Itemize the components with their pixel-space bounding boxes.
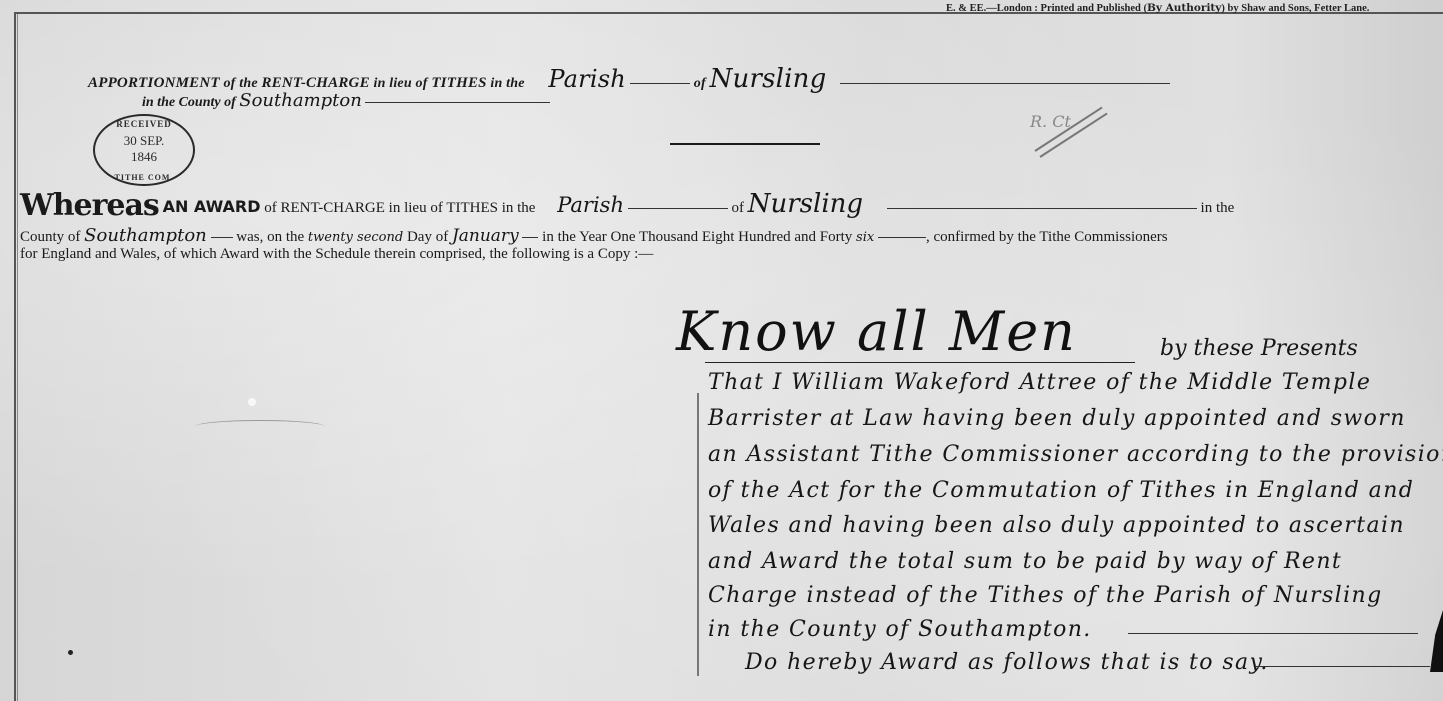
day-of-text: Day of: [403, 229, 452, 245]
whereas-place-blank: [887, 208, 1197, 209]
place-handwritten: Nursling: [710, 64, 827, 94]
whereas-county-blank: [211, 237, 233, 238]
of-the-text: of the: [220, 76, 262, 91]
by-authority-text: By Authority: [1147, 2, 1221, 14]
month-blank: [522, 237, 538, 238]
rent-charge-word: RENT-CHARGE: [261, 75, 369, 91]
county-heading: in the County of Southampton: [142, 90, 550, 111]
whereas-line-1: Whereas AN AWARD of RENT-CHARGE in lieu …: [20, 188, 1234, 223]
page-border-left-inner: [17, 14, 18, 701]
award-margin-rule: [697, 393, 699, 676]
county-handwritten: Southampton: [239, 90, 362, 111]
whereas-line-2: County of Southampton was, on the twenty…: [20, 225, 1168, 246]
whereas-of-text: of: [731, 200, 744, 216]
confirmed-text: , confirmed by the Tithe Commissioners: [926, 229, 1168, 245]
page-border-left: [14, 12, 16, 701]
paper-crease: [195, 420, 325, 433]
apportionment-word: APPORTIONMENT: [88, 75, 220, 91]
whereas-district-blank: [628, 208, 728, 209]
year-text: in the Year One Thousand Eight Hundred a…: [538, 229, 856, 245]
closing-line-end-rule: [1255, 666, 1430, 667]
stamp-date: 30 SEP.: [95, 133, 193, 149]
center-divider-rule: [670, 143, 820, 145]
stamp-received-text: RECEIVED: [95, 119, 193, 129]
whereas-line-3: for England and Wales, of which Award wi…: [20, 246, 653, 263]
year-blank: [878, 237, 926, 238]
whereas-district-handwritten: Parish: [557, 193, 624, 217]
an-award-text: AN AWARD: [163, 197, 261, 216]
district-type-handwritten: Parish: [548, 65, 626, 93]
was-on-the-text: was, on the: [233, 229, 308, 245]
page-edge-shadow: [1430, 610, 1443, 672]
county-blank-line: [365, 102, 550, 103]
award-line: Wales and having been also duly appointe…: [708, 513, 1405, 538]
received-stamp: RECEIVED 30 SEP. 1846 TITHE COM.: [93, 114, 195, 186]
award-line: of the Act for the Commutation of Tithes…: [708, 478, 1414, 503]
county-prefix: in the County of: [142, 95, 239, 110]
in-lieu-text: in lieu of: [370, 76, 432, 91]
whereas-in-the-text: in the: [1201, 200, 1235, 216]
district-blank-line: [630, 83, 690, 84]
in-the-text: in the: [487, 76, 529, 91]
whereas-line1-text: of RENT-CHARGE in lieu of TITHES in the: [260, 200, 539, 216]
whereas-county-prefix: County of: [20, 229, 84, 245]
of-text: of: [694, 76, 710, 91]
county-line-end-rule: [1128, 633, 1418, 634]
tithes-word: TITHES: [431, 75, 486, 91]
printer-imprint: E. & EE.—London : Printed and Published …: [946, 2, 1369, 14]
whereas-blackletter: Whereas: [20, 188, 159, 223]
award-line: an Assistant Tithe Commissioner accordin…: [708, 442, 1443, 467]
printer-suffix: ) by Shaw and Sons, Fetter Lane.: [1221, 3, 1369, 14]
printer-prefix: E. & EE.—London : Printed and Published …: [946, 3, 1147, 14]
stamp-year: 1846: [95, 149, 193, 165]
award-line: Charge instead of the Tithes of the Pari…: [708, 583, 1383, 608]
award-line: and Award the total sum to be paid by wa…: [708, 549, 1342, 574]
by-these-presents: by these Presents: [1160, 336, 1358, 361]
stamp-tithe-com-text: TITHE COM.: [95, 173, 193, 182]
know-all-men-underline: [705, 362, 1135, 363]
day-handwritten: twenty second: [308, 230, 403, 245]
year-word-handwritten: six: [856, 230, 874, 245]
award-line: Barrister at Law having been duly appoin…: [708, 406, 1406, 431]
place-blank-line: [840, 83, 1170, 84]
month-handwritten: January: [452, 226, 519, 246]
award-line: in the County of Southampton.: [708, 617, 1092, 642]
award-closing-line: Do hereby Award as follows that is to sa…: [745, 650, 1269, 675]
whereas-county-handwritten: Southampton: [84, 225, 207, 246]
paper-blemish: [248, 398, 256, 406]
award-line: That I William Wakeford Attree of the Mi…: [708, 370, 1371, 395]
know-all-men-heading: Know all Men: [676, 300, 1077, 363]
ink-dot: [68, 650, 73, 655]
whereas-place-handwritten: Nursling: [748, 189, 863, 219]
